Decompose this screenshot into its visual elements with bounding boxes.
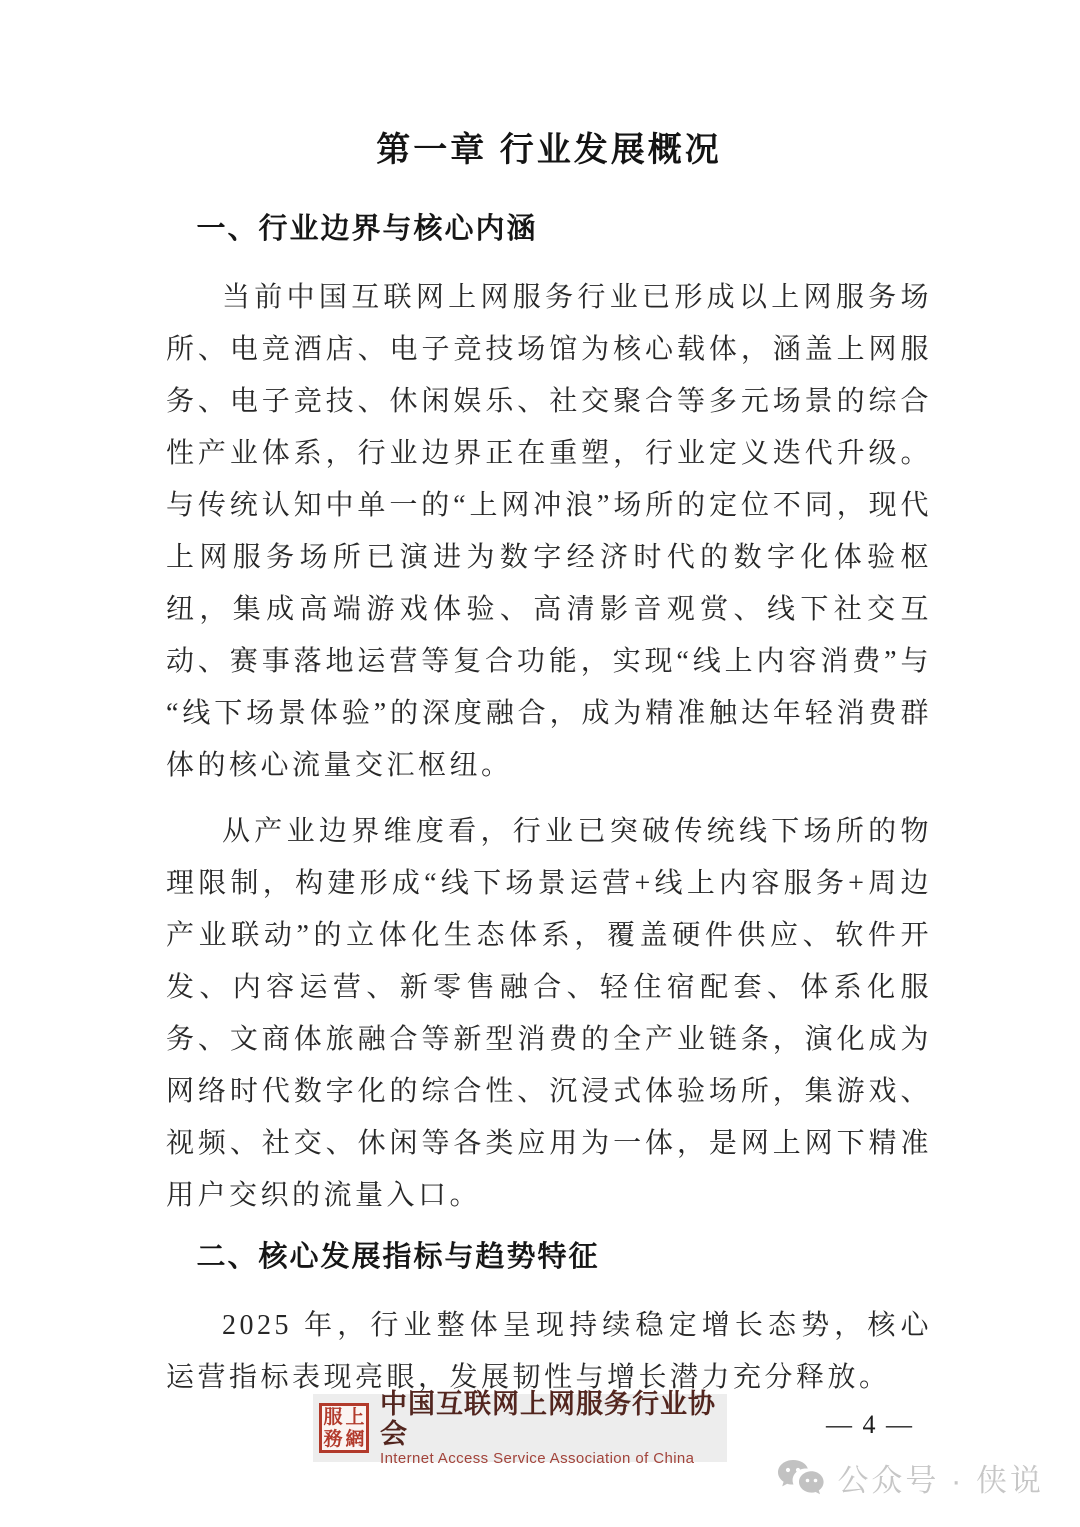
body-paragraph: 从产业边界维度看，行业已突破传统线下场所的物理限制，构建形成“线下场景运营+线上… bbox=[166, 806, 932, 1222]
watermark-label: 公众号 · 侠说 bbox=[837, 1455, 1044, 1500]
document-page: 第一章 行业发展概况 一、行业边界与核心内涵 当前中国互联网上网服务行业已形成以… bbox=[0, 0, 1080, 1527]
chapter-title: 第一章 行业发展概况 bbox=[166, 128, 932, 172]
association-name-zh: 中国互联网上网服务行业协会 bbox=[380, 1389, 721, 1449]
section-heading-2: 二、核心发展指标与趋势特征 bbox=[166, 1236, 932, 1278]
seal-char: 服 bbox=[322, 1406, 344, 1428]
seal-char: 務 bbox=[322, 1428, 344, 1450]
association-logo: 服 上 務 網 中国互联网上网服务行业协会 Internet Access Se… bbox=[313, 1394, 727, 1462]
association-names: 中国互联网上网服务行业协会 Internet Access Service As… bbox=[380, 1389, 721, 1468]
association-name-en: Internet Access Service Association of C… bbox=[380, 1449, 721, 1468]
seal-char: 上 bbox=[344, 1406, 366, 1428]
association-seal-icon: 服 上 務 網 bbox=[319, 1403, 369, 1453]
page-number: — 4 — bbox=[826, 1410, 914, 1440]
document-content: 第一章 行业发展概况 一、行业边界与核心内涵 当前中国互联网上网服务行业已形成以… bbox=[166, 128, 932, 1418]
watermark: 公众号 · 侠说 bbox=[777, 1455, 1044, 1500]
section-heading-1: 一、行业边界与核心内涵 bbox=[166, 208, 932, 250]
seal-char: 網 bbox=[344, 1428, 366, 1450]
body-paragraph: 当前中国互联网上网服务行业已形成以上网服务场所、电竞酒店、电子竞技场馆为核心载体… bbox=[166, 272, 932, 792]
wechat-icon bbox=[777, 1458, 825, 1498]
